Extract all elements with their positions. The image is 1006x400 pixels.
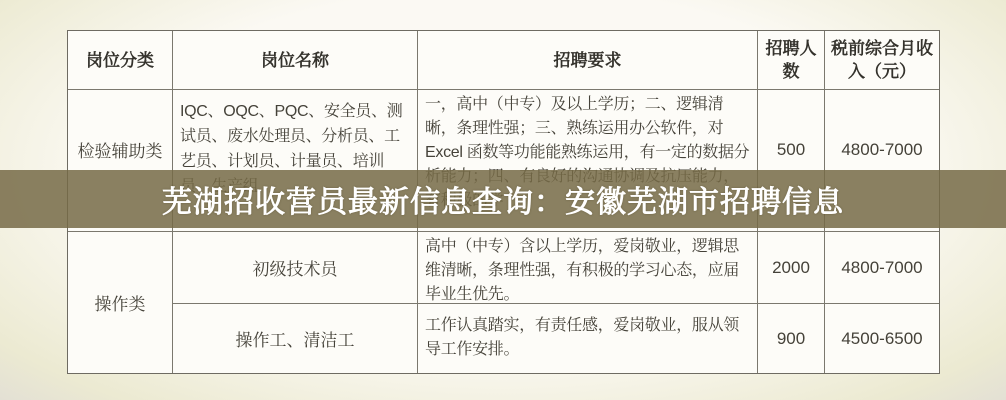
requirements-cell-row3: 工作认真踏实，有责任感，爱岗敬业，服从领导工作安排。 [418, 304, 758, 373]
page: 岗位分类 岗位名称 招聘要求 招聘人数 税前综合月收入（元） 检验辅助类 IQC… [0, 0, 1006, 400]
headcount-cell-row3: 900 [758, 304, 825, 373]
headline-banner: 芜湖招收营员最新信息查询：安徽芜湖市招聘信息 [0, 170, 1006, 228]
column-header-category: 岗位分类 [68, 31, 173, 90]
salary-cell-row3: 4500-6500 [825, 304, 939, 373]
category-cell-operation: 操作类 [68, 232, 173, 373]
requirements-cell-row2: 高中（中专）含以上学历，爱岗敬业，逻辑思维清晰，条理性强，有积极的学习心态，应届… [418, 232, 758, 304]
column-header-requirements: 招聘要求 [418, 31, 758, 90]
position-cell-row3: 操作工、清洁工 [173, 304, 418, 373]
headline-text: 芜湖招收营员最新信息查询：安徽芜湖市招聘信息 [162, 177, 844, 221]
position-cell-row2: 初级技术员 [173, 232, 418, 304]
column-header-position: 岗位名称 [173, 31, 418, 90]
column-header-salary: 税前综合月收入（元） [825, 31, 939, 90]
column-header-headcount: 招聘人数 [758, 31, 825, 90]
salary-cell-row2: 4800-7000 [825, 232, 939, 304]
headcount-cell-row2: 2000 [758, 232, 825, 304]
